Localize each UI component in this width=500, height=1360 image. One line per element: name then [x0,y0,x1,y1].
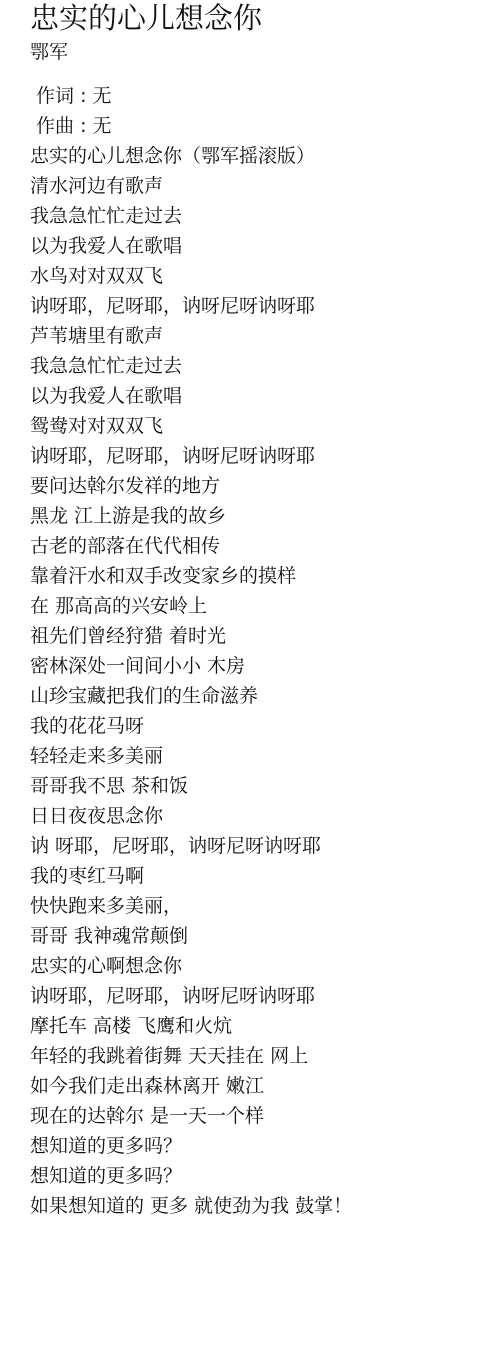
artist-name: 鄂军 [30,39,500,65]
lyric-line: 快快跑来多美丽， [30,891,500,921]
lyric-line: 作词 : 无 [30,81,500,111]
lyric-line: 日日夜夜思念你 [30,801,500,831]
lyric-line: 忠实的心儿想念你（鄂军摇滚版） [30,141,500,171]
lyric-line: 如果想知道的 更多 就使劲为我 鼓掌！ [30,1191,500,1221]
lyric-line: 以为我爱人在歌唱 [30,231,500,261]
lyric-line: 鸳鸯对对双双飞 [30,411,500,441]
lyric-line: 我的花花马呀 [30,711,500,741]
lyric-line: 我的枣红马啊 [30,861,500,891]
lyric-line: 水鸟对对双双飞 [30,261,500,291]
lyric-line: 祖先们曾经狩猎 着时光 [30,621,500,651]
lyric-line: 想知道的更多吗？ [30,1161,500,1191]
lyrics-page: 忠实的心儿想念你 鄂军 作词 : 无 作曲 : 无忠实的心儿想念你（鄂军摇滚版）… [30,0,500,1221]
lyric-line: 现在的达斡尔 是一天一个样 [30,1101,500,1131]
lyric-line: 靠着汗水和双手改变家乡的摸样 [30,561,500,591]
lyric-line: 黑龙 江上游是我的故乡 [30,501,500,531]
lyric-line: 轻轻走来多美丽 [30,741,500,771]
lyric-line: 摩托车 高楼 飞鹰和火炕 [30,1011,500,1041]
lyrics-body: 作词 : 无 作曲 : 无忠实的心儿想念你（鄂军摇滚版）清水河边有歌声我急急忙忙… [30,81,500,1221]
lyric-line: 讷呀耶，尼呀耶，讷呀尼呀讷呀耶 [30,981,500,1011]
lyric-line: 讷 呀耶，尼呀耶，讷呀尼呀讷呀耶 [30,831,500,861]
lyric-line: 芦苇塘里有歌声 [30,321,500,351]
lyric-line: 想知道的更多吗？ [30,1131,500,1161]
lyric-line: 如今我们走出森林离开 嫩江 [30,1071,500,1101]
lyric-line: 我急急忙忙走过去 [30,201,500,231]
lyric-line: 讷呀耶，尼呀耶，讷呀尼呀讷呀耶 [30,441,500,471]
lyric-line: 在 那高高的兴安岭上 [30,591,500,621]
lyric-line: 要问达斡尔发祥的地方 [30,471,500,501]
lyric-line: 讷呀耶，尼呀耶，讷呀尼呀讷呀耶 [30,291,500,321]
lyric-line: 年轻的我跳着街舞 天天挂在 网上 [30,1041,500,1071]
lyric-line: 作曲 : 无 [30,111,500,141]
lyric-line: 清水河边有歌声 [30,171,500,201]
lyric-line: 哥哥我不思 茶和饭 [30,771,500,801]
lyric-line: 哥哥 我神魂常颠倒 [30,921,500,951]
lyric-line: 古老的部落在代代相传 [30,531,500,561]
song-title: 忠实的心儿想念你 [30,0,500,36]
lyric-line: 忠实的心啊想念你 [30,951,500,981]
lyric-line: 山珍宝藏把我们的生命滋养 [30,681,500,711]
lyric-line: 密林深处一间间小小 木房 [30,651,500,681]
lyric-line: 我急急忙忙走过去 [30,351,500,381]
lyric-line: 以为我爱人在歌唱 [30,381,500,411]
